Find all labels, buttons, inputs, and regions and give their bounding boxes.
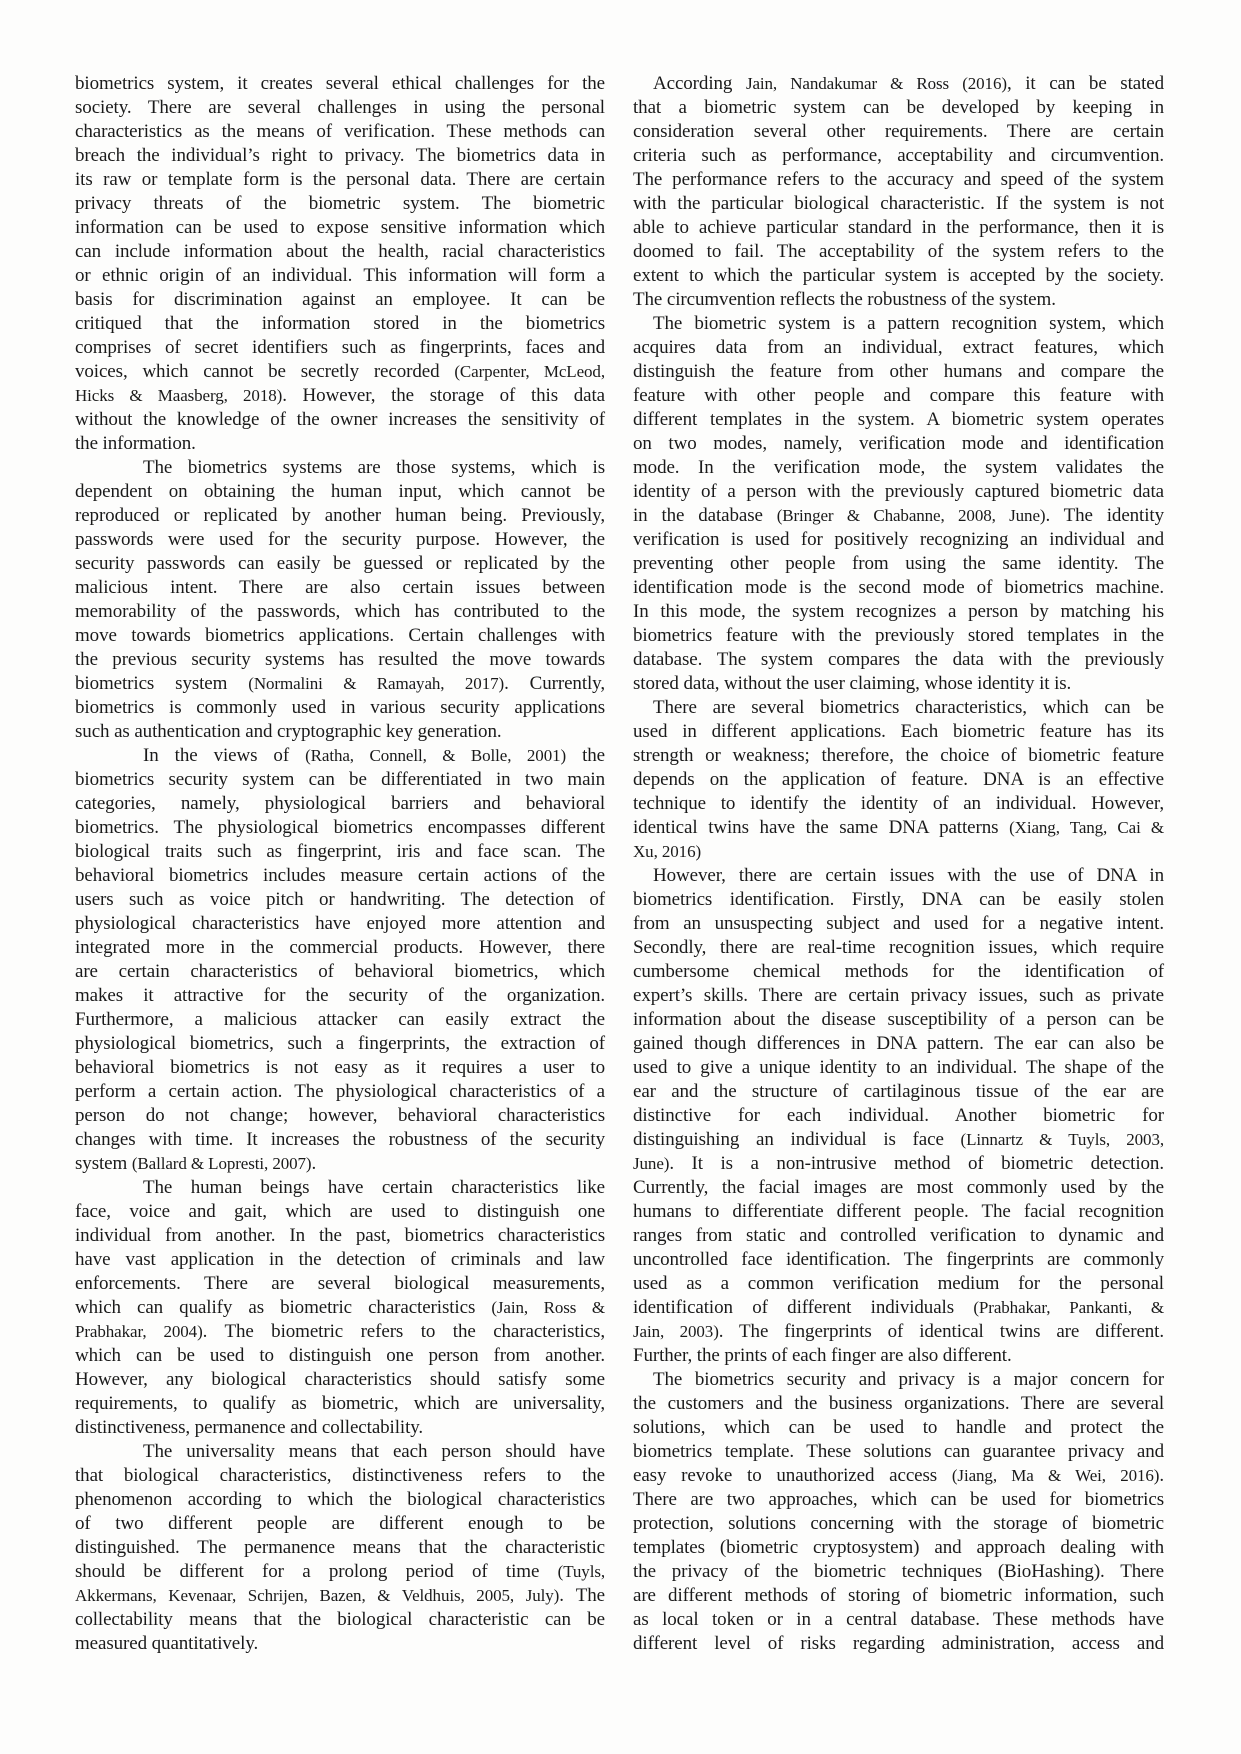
paragraph: According Jain, Nandakumar & Ross (2016)… (633, 72, 1164, 312)
body-text: gained though differences in DNA pattern… (633, 1033, 1164, 1054)
text-line: system (Ballard & Lopresti, 2007). (75, 1152, 605, 1176)
text-line: distinctiveness, permanence and collecta… (75, 1416, 605, 1440)
body-text: face, voice and gait, which are used to … (75, 1201, 605, 1222)
body-text: that a biometric system can be developed… (633, 97, 1164, 118)
text-line: biometrics feature with the previously s… (633, 624, 1164, 648)
text-line: person do not change; however, behaviora… (75, 1104, 605, 1128)
body-text: . However, the storage of this data (282, 385, 605, 406)
body-text: integrated more in the commercial produc… (75, 937, 605, 958)
paragraph: In the views of (Ratha, Connell, & Bolle… (75, 744, 605, 1176)
citation-text: Xu, 2016) (633, 842, 701, 861)
text-line: depends on the application of feature. D… (633, 768, 1164, 792)
body-text: There are several biometrics characteris… (653, 697, 1164, 718)
body-text: database. The system compares the data w… (633, 649, 1164, 670)
body-text: critiqued that the information stored in… (75, 313, 605, 334)
body-text: According (653, 73, 746, 94)
text-line: distinguishing an individual is face (Li… (633, 1128, 1164, 1152)
text-line: malicious intent. There are also certain… (75, 576, 605, 600)
body-text: , it can be stated (1007, 73, 1164, 94)
body-text: should be different for a prolong period… (75, 1561, 558, 1582)
text-line: which can qualify as biometric character… (75, 1296, 605, 1320)
body-text: In this mode, the system recognizes a pe… (633, 601, 1164, 622)
body-text: expert’s skills. There are certain priva… (633, 985, 1164, 1006)
text-line: Furthermore, a malicious attacker can ea… (75, 1008, 605, 1032)
text-line: the previous security systems has result… (75, 648, 605, 672)
text-line: feature with other people and compare th… (633, 384, 1164, 408)
body-text: acquires data from an individual, extrac… (633, 337, 1164, 358)
body-text: However, there are certain issues with t… (653, 865, 1164, 886)
text-line: face, voice and gait, which are used to … (75, 1200, 605, 1224)
text-line: protection, solutions concerning with th… (633, 1512, 1164, 1536)
text-line: individual from another. In the past, bi… (75, 1224, 605, 1248)
text-line: biometrics identification. Firstly, DNA … (633, 888, 1164, 912)
text-line: Prabhakar, 2004). The biometric refers t… (75, 1320, 605, 1344)
document-page: biometrics system, it creates several et… (0, 0, 1241, 1754)
text-line: identical twins have the same DNA patter… (633, 816, 1164, 840)
paragraph: However, there are certain issues with t… (633, 864, 1164, 1368)
text-line: The human beings have certain characteri… (75, 1176, 605, 1200)
body-text: or ethnic origin of an individual. This … (75, 265, 605, 286)
text-line: on two modes, namely, verification mode … (633, 432, 1164, 456)
body-text: reproduced or replicated by another huma… (75, 505, 605, 526)
body-text: verification is used for positively reco… (633, 529, 1164, 550)
body-text: users such as voice pitch or handwriting… (75, 889, 605, 910)
body-text: stored data, without the user claiming, … (633, 673, 1071, 694)
citation-text: (Ratha, Connell, & Bolle, 2001) (305, 746, 566, 765)
body-text: physiological biometrics, such a fingerp… (75, 1033, 605, 1054)
body-text: changes with time. It increases the robu… (75, 1129, 605, 1150)
body-text: identification of different individuals (633, 1297, 973, 1318)
body-text: . (311, 1153, 316, 1174)
body-text: In the views of (143, 745, 305, 766)
text-line: changes with time. It increases the robu… (75, 1128, 605, 1152)
body-text: distinctive for each individual. Another… (633, 1105, 1164, 1126)
body-text: the (566, 745, 605, 766)
citation-text: (Linnartz & Tuyls, 2003, (961, 1130, 1164, 1149)
body-text: the previous security systems has result… (75, 649, 605, 670)
text-line: Xu, 2016) (633, 840, 1164, 864)
text-line: of two different people are different en… (75, 1512, 605, 1536)
body-text: . The fingerprints of identical twins ar… (719, 1321, 1164, 1342)
text-line: humans to differentiate different people… (633, 1200, 1164, 1224)
text-line: enforcements. There are several biologic… (75, 1272, 605, 1296)
text-line: In this mode, the system recognizes a pe… (633, 600, 1164, 624)
text-line: breach the individual’s right to privacy… (75, 144, 605, 168)
text-line: such as authentication and cryptographic… (75, 720, 605, 744)
citation-text: (Xiang, Tang, Cai & (1009, 818, 1164, 837)
citation-text: (Ballard & Lopresti, 2007) (132, 1154, 312, 1173)
body-text: protection, solutions concerning with th… (633, 1513, 1164, 1534)
text-line: The biometrics security and privacy is a… (633, 1368, 1164, 1392)
text-line: used as a common verification medium for… (633, 1272, 1164, 1296)
body-text: biometrics feature with the previously s… (633, 625, 1164, 646)
text-line: should be different for a prolong period… (75, 1560, 605, 1584)
text-line: from an unsuspecting subject and used fo… (633, 912, 1164, 936)
body-text: basis for discrimination against an empl… (75, 289, 605, 310)
text-line: However, there are certain issues with t… (633, 864, 1164, 888)
body-text: as local token or in a central database.… (633, 1609, 1164, 1630)
text-line: Jain, 2003). The fingerprints of identic… (633, 1320, 1164, 1344)
text-line: distinguished. The permanence means that… (75, 1536, 605, 1560)
body-text: phenomenon according to which the biolog… (75, 1489, 605, 1510)
text-line: biometrics system (Normalini & Ramayah, … (75, 672, 605, 696)
text-line: the information. (75, 432, 605, 456)
body-text: memorability of the passwords, which has… (75, 601, 605, 622)
body-text: that biological characteristics, distinc… (75, 1465, 605, 1486)
paragraph: The human beings have certain characteri… (75, 1176, 605, 1440)
body-text: strength or weakness; therefore, the cho… (633, 745, 1164, 766)
body-text: depends on the application of feature. D… (633, 769, 1164, 790)
body-text: ear and the structure of cartilaginous t… (633, 1081, 1164, 1102)
text-line: as local token or in a central database.… (633, 1608, 1164, 1632)
text-line: behavioral biometrics includes measure c… (75, 864, 605, 888)
body-text: biometrics system, it creates several et… (75, 73, 605, 94)
body-text: move towards biometrics applications. Ce… (75, 625, 605, 646)
body-text: dependent on obtaining the human input, … (75, 481, 605, 502)
body-text: Currently, the facial images are most co… (633, 1177, 1164, 1198)
body-text: comprises of secret identifiers such as … (75, 337, 605, 358)
body-text: society. There are several challenges in… (75, 97, 605, 118)
text-line: uncontrolled face identification. The fi… (633, 1248, 1164, 1272)
body-text: privacy threats of the biometric system.… (75, 193, 605, 214)
body-text: However, any biological characteristics … (75, 1369, 605, 1390)
citation-text: June) (633, 1154, 669, 1173)
text-line: cumbersome chemical methods for the iden… (633, 960, 1164, 984)
text-line: biological traits such as fingerprint, i… (75, 840, 605, 864)
citation-text: (Jain, Ross & (491, 1298, 605, 1317)
text-line: easy revoke to unauthorized access (Jian… (633, 1464, 1164, 1488)
text-line: Hicks & Maasberg, 2018). However, the st… (75, 384, 605, 408)
text-line: that a biometric system can be developed… (633, 96, 1164, 120)
body-text: . Currently, (504, 673, 605, 694)
text-line: The biometric system is a pattern recogn… (633, 312, 1164, 336)
text-line: Further, the prints of each finger are a… (633, 1344, 1164, 1368)
text-line: verification is used for positively reco… (633, 528, 1164, 552)
text-line: comprises of secret identifiers such as … (75, 336, 605, 360)
body-text: The biometrics systems are those systems… (143, 457, 605, 478)
text-line: gained though differences in DNA pattern… (633, 1032, 1164, 1056)
body-text: malicious intent. There are also certain… (75, 577, 605, 598)
text-line: biometrics system, it creates several et… (75, 72, 605, 96)
text-line: different level of risks regarding admin… (633, 1632, 1164, 1656)
text-line: integrated more in the commercial produc… (75, 936, 605, 960)
body-text: breach the individual’s right to privacy… (75, 145, 605, 166)
body-text: enforcements. There are several biologic… (75, 1273, 605, 1294)
text-line: database. The system compares the data w… (633, 648, 1164, 672)
body-text: distinguished. The permanence means that… (75, 1537, 605, 1558)
text-line: are certain characteristics of behaviora… (75, 960, 605, 984)
text-line: biometrics. The physiological biometrics… (75, 816, 605, 840)
body-text: identification mode is the second mode o… (633, 577, 1164, 598)
body-text: . The biometric refers to the characteri… (203, 1321, 605, 1342)
body-text: The performance refers to the accuracy a… (633, 169, 1164, 190)
body-text: categories, namely, physiological barrie… (75, 793, 605, 814)
body-text: extent to which the particular system is… (633, 265, 1164, 286)
body-text: information about the disease susceptibi… (633, 1009, 1164, 1030)
text-line: move towards biometrics applications. Ce… (75, 624, 605, 648)
text-line: physiological characteristics have enjoy… (75, 912, 605, 936)
body-text: with the particular biological character… (633, 193, 1164, 214)
text-line: There are several biometrics characteris… (633, 696, 1164, 720)
body-text: different templates in the system. A bio… (633, 409, 1164, 430)
text-line: information about the disease susceptibi… (633, 1008, 1164, 1032)
text-line: can include information about the health… (75, 240, 605, 264)
body-text: mode. In the verification mode, the syst… (633, 457, 1164, 478)
text-line: acquires data from an individual, extrac… (633, 336, 1164, 360)
text-column-left: biometrics system, it creates several et… (75, 72, 605, 1656)
body-text: biometrics system (75, 673, 248, 694)
body-text: which can be used to distinguish one per… (75, 1345, 605, 1366)
body-text: requirements, to qualify as biometric, w… (75, 1393, 605, 1414)
body-text: able to achieve particular standard in t… (633, 217, 1164, 238)
text-line: Currently, the facial images are most co… (633, 1176, 1164, 1200)
paragraph: The biometrics systems are those systems… (75, 456, 605, 744)
body-text: used in different applications. Each bio… (633, 721, 1164, 742)
citation-text: (Tuyls, (558, 1562, 605, 1581)
citation-text: Prabhakar, 2004) (75, 1322, 203, 1341)
citation-text: (Bringer & Chabanne, 2008, June) (777, 506, 1046, 525)
text-line: used in different applications. Each bio… (633, 720, 1164, 744)
text-line: The circumvention reflects the robustnes… (633, 288, 1164, 312)
text-line: According Jain, Nandakumar & Ross (2016)… (633, 72, 1164, 96)
text-line: stored data, without the user claiming, … (633, 672, 1164, 696)
text-line: There are two approaches, which can be u… (633, 1488, 1164, 1512)
body-text: can include information about the health… (75, 241, 605, 262)
text-line: solutions, which can be used to handle a… (633, 1416, 1164, 1440)
citation-text: Jain, Nandakumar & Ross (2016) (746, 74, 1007, 93)
body-text: have vast application in the detection o… (75, 1249, 605, 1270)
text-line: makes it attractive for the security of … (75, 984, 605, 1008)
body-text: . (1159, 1465, 1164, 1486)
text-line: basis for discrimination against an empl… (75, 288, 605, 312)
body-text: perform a certain action. The physiologi… (75, 1081, 605, 1102)
text-line: critiqued that the information stored in… (75, 312, 605, 336)
body-text: in the database (633, 505, 777, 526)
body-text: The biometric system is a pattern recogn… (653, 313, 1164, 334)
body-text: measured quantitatively. (75, 1633, 258, 1654)
text-line: able to achieve particular standard in t… (633, 216, 1164, 240)
body-text: There are two approaches, which can be u… (633, 1489, 1164, 1510)
text-line: expert’s skills. There are certain priva… (633, 984, 1164, 1008)
body-text: templates (biometric cryptosystem) and a… (633, 1537, 1164, 1558)
text-line: requirements, to qualify as biometric, w… (75, 1392, 605, 1416)
text-line: technique to identify the identity of an… (633, 792, 1164, 816)
citation-text: (Normalini & Ramayah, 2017) (248, 674, 504, 693)
text-line: The biometrics systems are those systems… (75, 456, 605, 480)
text-line: privacy threats of the biometric system.… (75, 192, 605, 216)
citation-text: (Prabhakar, Pankanti, & (973, 1298, 1164, 1317)
body-text: distinctiveness, permanence and collecta… (75, 1417, 423, 1438)
text-line: information can be used to expose sensit… (75, 216, 605, 240)
text-line: different templates in the system. A bio… (633, 408, 1164, 432)
text-line: its raw or template form is the personal… (75, 168, 605, 192)
body-text: biological traits such as fingerprint, i… (75, 841, 605, 862)
body-text: different level of risks regarding admin… (633, 1633, 1164, 1654)
text-line: identification of different individuals … (633, 1296, 1164, 1320)
body-text: identity of a person with the previously… (633, 481, 1164, 502)
text-line: security passwords can easily be guessed… (75, 552, 605, 576)
body-text: feature with other people and compare th… (633, 385, 1164, 406)
body-text: its raw or template form is the personal… (75, 169, 605, 190)
body-text: on two modes, namely, verification mode … (633, 433, 1164, 454)
text-line: The universality means that each person … (75, 1440, 605, 1464)
citation-text: (Jiang, Ma & Wei, 2016) (952, 1466, 1159, 1485)
body-text: behavioral biometrics includes measure c… (75, 865, 605, 886)
citation-text: Hicks & Maasberg, 2018) (75, 386, 282, 405)
text-line: mode. In the verification mode, the syst… (633, 456, 1164, 480)
body-text: . The (559, 1585, 605, 1606)
body-text: biometrics template. These solutions can… (633, 1441, 1164, 1462)
citation-text: Jain, 2003) (633, 1322, 719, 1341)
text-line: June). It is a non-intrusive method of b… (633, 1152, 1164, 1176)
body-text: the customers and the business organizat… (633, 1393, 1164, 1414)
text-column-right: According Jain, Nandakumar & Ross (2016)… (633, 72, 1164, 1656)
body-text: biometrics. The physiological biometrics… (75, 817, 605, 838)
text-line: distinguish the feature from other human… (633, 360, 1164, 384)
text-line: consideration several other requirements… (633, 120, 1164, 144)
body-text: Furthermore, a malicious attacker can ea… (75, 1009, 605, 1030)
text-line: passwords were used for the security pur… (75, 528, 605, 552)
text-line: identification mode is the second mode o… (633, 576, 1164, 600)
body-text: characteristics as the means of verifica… (75, 121, 605, 142)
body-text: person do not change; however, behaviora… (75, 1105, 605, 1126)
body-text: solutions, which can be used to handle a… (633, 1417, 1164, 1438)
text-line: the privacy of the biometric techniques … (633, 1560, 1164, 1584)
body-text: ranges from static and controlled verifi… (633, 1225, 1164, 1246)
body-text: biometrics security system can be differ… (75, 769, 605, 790)
body-text: behavioral biometrics is not easy as it … (75, 1057, 605, 1078)
text-line: biometrics template. These solutions can… (633, 1440, 1164, 1464)
text-line: collectability means that the biological… (75, 1608, 605, 1632)
body-text: physiological characteristics have enjoy… (75, 913, 605, 934)
body-text: easy revoke to unauthorized access (633, 1465, 952, 1486)
text-line: perform a certain action. The physiologi… (75, 1080, 605, 1104)
text-line: identity of a person with the previously… (633, 480, 1164, 504)
body-text: collectability means that the biological… (75, 1609, 605, 1630)
body-text: system (75, 1153, 132, 1174)
body-text: individual from another. In the past, bi… (75, 1225, 605, 1246)
text-line: The performance refers to the accuracy a… (633, 168, 1164, 192)
body-text: doomed to fail. The acceptability of the… (633, 241, 1164, 262)
citation-text: (Carpenter, McLeod, (454, 362, 605, 381)
body-text: Further, the prints of each finger are a… (633, 1345, 1012, 1366)
text-line: which can be used to distinguish one per… (75, 1344, 605, 1368)
body-text: such as authentication and cryptographic… (75, 721, 502, 742)
text-line: Secondly, there are real-time recognitio… (633, 936, 1164, 960)
body-text: distinguishing an individual is face (633, 1129, 961, 1150)
body-text: humans to differentiate different people… (633, 1201, 1164, 1222)
body-text: The universality means that each person … (143, 1441, 605, 1462)
citation-text: Akkermans, Kevenaar, Schrijen, Bazen, & … (75, 1586, 559, 1605)
body-text: . The identity (1045, 505, 1164, 526)
body-text: uncontrolled face identification. The fi… (633, 1249, 1164, 1270)
body-text: used to give a unique identity to an ind… (633, 1057, 1164, 1078)
body-text: preventing other people from using the s… (633, 553, 1164, 574)
text-line: society. There are several challenges in… (75, 96, 605, 120)
text-line: extent to which the particular system is… (633, 264, 1164, 288)
body-text: biometrics identification. Firstly, DNA … (633, 889, 1164, 910)
body-text: criteria such as performance, acceptabil… (633, 145, 1164, 166)
body-text: The circumvention reflects the robustnes… (633, 289, 1056, 310)
columns: biometrics system, it creates several et… (75, 72, 1164, 1656)
body-text: used as a common verification medium for… (633, 1273, 1164, 1294)
text-line: with the particular biological character… (633, 192, 1164, 216)
text-line: strength or weakness; therefore, the cho… (633, 744, 1164, 768)
body-text: the information. (75, 433, 196, 454)
text-line: users such as voice pitch or handwriting… (75, 888, 605, 912)
text-line: characteristics as the means of verifica… (75, 120, 605, 144)
text-line: ear and the structure of cartilaginous t… (633, 1080, 1164, 1104)
text-line: used to give a unique identity to an ind… (633, 1056, 1164, 1080)
body-text: information can be used to expose sensit… (75, 217, 605, 238)
body-text: The biometrics security and privacy is a… (653, 1369, 1164, 1390)
body-text: are different methods of storing of biom… (633, 1585, 1164, 1606)
paragraph: The biometrics security and privacy is a… (633, 1368, 1164, 1656)
text-line: measured quantitatively. (75, 1632, 605, 1656)
text-line: criteria such as performance, acceptabil… (633, 144, 1164, 168)
body-text: Secondly, there are real-time recognitio… (633, 937, 1164, 958)
paragraph: biometrics system, it creates several et… (75, 72, 605, 456)
body-text: biometrics is commonly used in various s… (75, 697, 605, 718)
text-line: However, any biological characteristics … (75, 1368, 605, 1392)
body-text: without the knowledge of the owner incre… (75, 409, 605, 430)
text-line: physiological biometrics, such a fingerp… (75, 1032, 605, 1056)
text-line: doomed to fail. The acceptability of the… (633, 240, 1164, 264)
body-text: passwords were used for the security pur… (75, 529, 605, 550)
paragraph: The universality means that each person … (75, 1440, 605, 1656)
body-text: . It is a non-intrusive method of biomet… (669, 1153, 1164, 1174)
body-text: identical twins have the same DNA patter… (633, 817, 1009, 838)
body-text: technique to identify the identity of an… (633, 793, 1164, 814)
text-line: in the database (Bringer & Chabanne, 200… (633, 504, 1164, 528)
text-line: Akkermans, Kevenaar, Schrijen, Bazen, & … (75, 1584, 605, 1608)
body-text: consideration several other requirements… (633, 121, 1164, 142)
text-line: memorability of the passwords, which has… (75, 600, 605, 624)
text-line: the customers and the business organizat… (633, 1392, 1164, 1416)
text-line: that biological characteristics, distinc… (75, 1464, 605, 1488)
body-text: The human beings have certain characteri… (143, 1177, 605, 1198)
body-text: distinguish the feature from other human… (633, 361, 1164, 382)
body-text: makes it attractive for the security of … (75, 985, 605, 1006)
body-text: which can qualify as biometric character… (75, 1297, 491, 1318)
text-line: categories, namely, physiological barrie… (75, 792, 605, 816)
text-line: voices, which cannot be secretly recorde… (75, 360, 605, 384)
body-text: security passwords can easily be guessed… (75, 553, 605, 574)
text-line: or ethnic origin of an individual. This … (75, 264, 605, 288)
text-line: dependent on obtaining the human input, … (75, 480, 605, 504)
text-line: reproduced or replicated by another huma… (75, 504, 605, 528)
text-line: biometrics is commonly used in various s… (75, 696, 605, 720)
text-line: preventing other people from using the s… (633, 552, 1164, 576)
body-text: the privacy of the biometric techniques … (633, 1561, 1164, 1582)
text-line: are different methods of storing of biom… (633, 1584, 1164, 1608)
body-text: are certain characteristics of behaviora… (75, 961, 605, 982)
text-line: ranges from static and controlled verifi… (633, 1224, 1164, 1248)
text-line: templates (biometric cryptosystem) and a… (633, 1536, 1164, 1560)
text-line: In the views of (Ratha, Connell, & Bolle… (75, 744, 605, 768)
body-text: cumbersome chemical methods for the iden… (633, 961, 1164, 982)
body-text: of two different people are different en… (75, 1513, 605, 1534)
text-line: biometrics security system can be differ… (75, 768, 605, 792)
text-line: distinctive for each individual. Another… (633, 1104, 1164, 1128)
paragraph: There are several biometrics characteris… (633, 696, 1164, 864)
text-line: phenomenon according to which the biolog… (75, 1488, 605, 1512)
body-text: voices, which cannot be secretly recorde… (75, 361, 454, 382)
body-text: from an unsuspecting subject and used fo… (633, 913, 1164, 934)
text-line: without the knowledge of the owner incre… (75, 408, 605, 432)
text-line: have vast application in the detection o… (75, 1248, 605, 1272)
paragraph: The biometric system is a pattern recogn… (633, 312, 1164, 696)
